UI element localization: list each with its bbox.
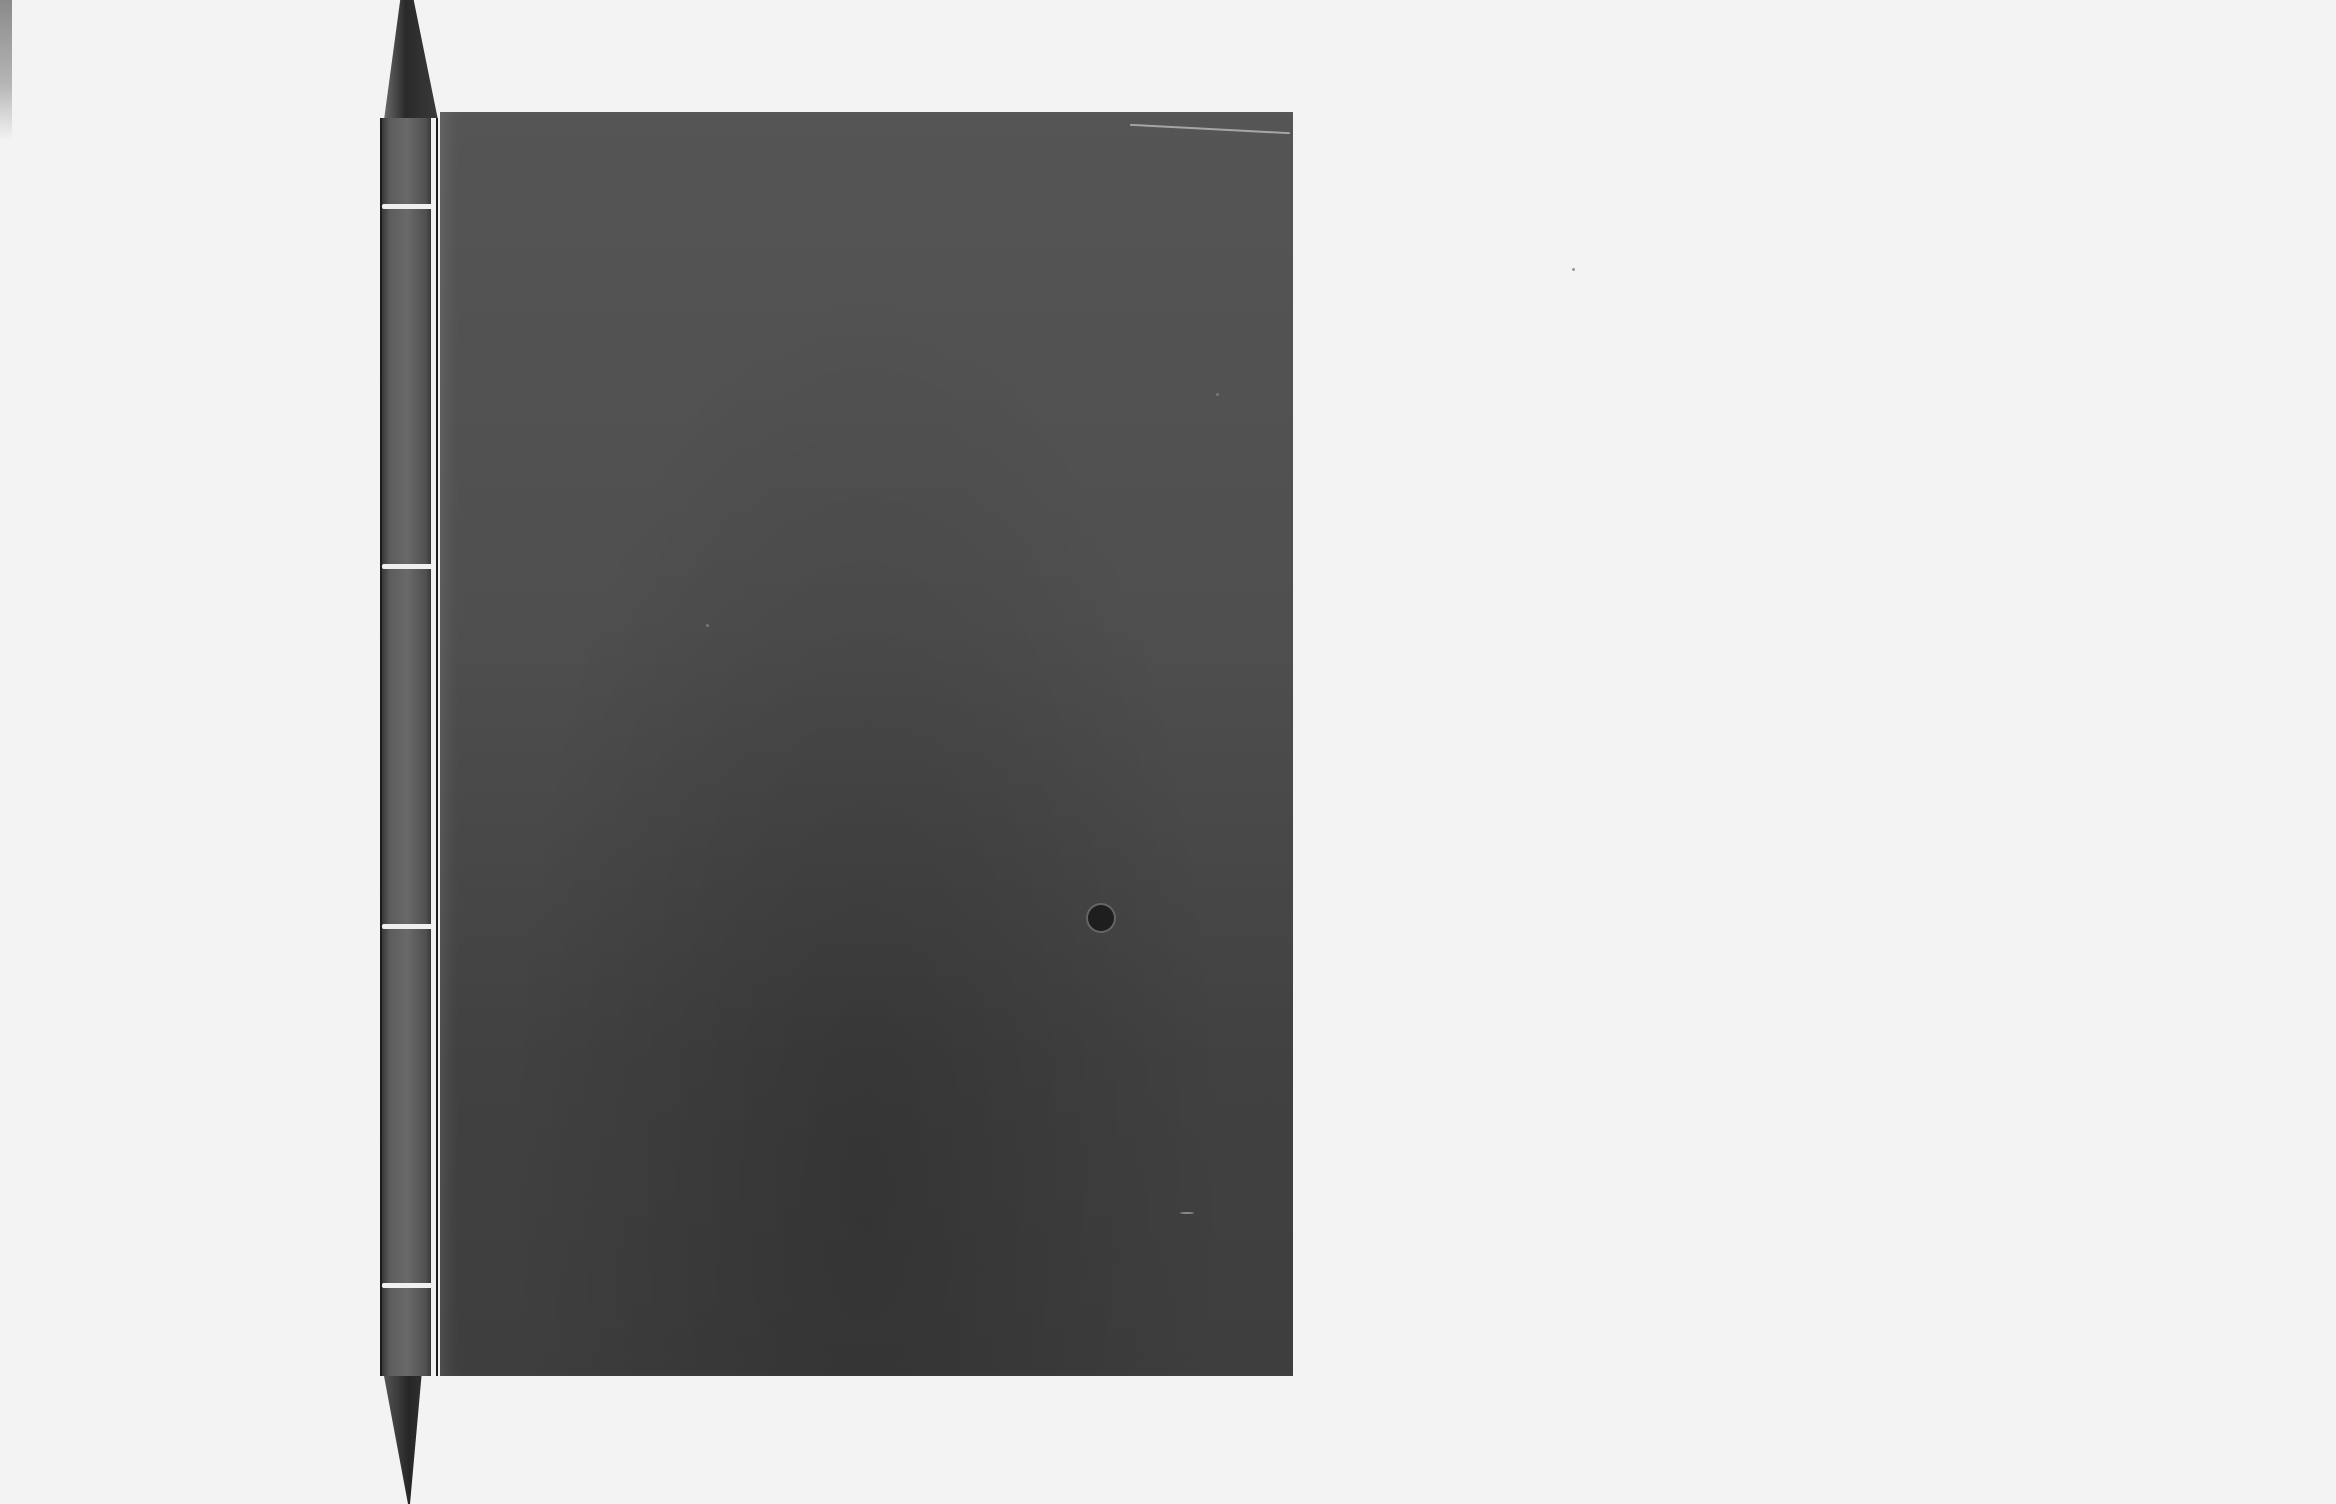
dust-speck: [1216, 393, 1219, 396]
binding-thread: [431, 118, 436, 1376]
dust-speck: [706, 624, 709, 627]
book-cover: [440, 112, 1293, 1376]
binding-tie: [382, 924, 434, 929]
cover-hole-mark: [1086, 903, 1116, 933]
binding-tie: [382, 1283, 434, 1288]
cover-scratch: [1180, 1212, 1194, 1214]
book-spine: [380, 118, 434, 1376]
binding-tail-top: [384, 0, 438, 120]
binding-tie: [382, 564, 434, 569]
page-edge-shadow: [0, 0, 12, 140]
binding-tie: [382, 204, 434, 209]
dust-speck: [1572, 268, 1575, 271]
binding-tail-bottom: [384, 1376, 434, 1504]
